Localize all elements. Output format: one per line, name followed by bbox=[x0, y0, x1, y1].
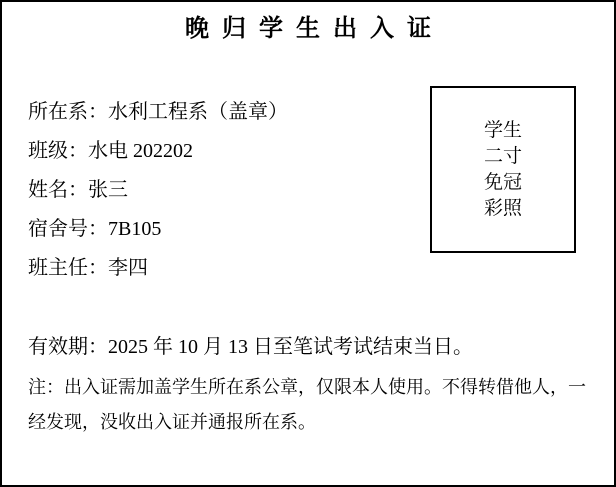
field-name-label: 姓名： bbox=[28, 179, 88, 201]
field-head-teacher-value: 李四 bbox=[108, 257, 148, 279]
field-dorm-number-value: 7B105 bbox=[108, 218, 161, 240]
photo-placeholder-line: 二寸 bbox=[484, 144, 522, 170]
validity-line: 有效期：2025 年 10 月 13 日至笔试考试结束当日。 bbox=[28, 336, 473, 358]
note-block: 注：出入证需加盖学生所在系公章，仅限本人使用。不得转借他人，一 经发现，没收出入… bbox=[28, 370, 586, 440]
field-dorm-number: 宿舍号：7B105 bbox=[28, 210, 288, 249]
field-name: 姓名：张三 bbox=[28, 171, 288, 210]
note-line-2: 经发现，没收出入证并通报所在系。 bbox=[28, 405, 586, 440]
field-class-value: 水电 202202 bbox=[88, 140, 193, 162]
photo-placeholder-line: 学生 bbox=[484, 118, 522, 144]
field-head-teacher: 班主任：李四 bbox=[28, 249, 288, 288]
field-head-teacher-label: 班主任： bbox=[28, 257, 108, 279]
photo-placeholder-line: 免冠 bbox=[484, 170, 522, 196]
note-line-1: 注：出入证需加盖学生所在系公章，仅限本人使用。不得转借他人，一 bbox=[28, 370, 586, 405]
field-dorm-number-label: 宿舍号： bbox=[28, 218, 108, 240]
pass-fields: 所在系：水利工程系（盖章） 班级：水电 202202 姓名：张三 宿舍号：7B1… bbox=[28, 93, 288, 288]
pass-title: 晚归学生出入证 bbox=[2, 16, 614, 42]
photo-placeholder-line: 彩照 bbox=[484, 196, 522, 222]
field-department-value: 水利工程系（盖章） bbox=[108, 101, 288, 123]
photo-placeholder-box: 学生 二寸 免冠 彩照 bbox=[430, 86, 576, 253]
field-department-label: 所在系： bbox=[28, 101, 108, 123]
field-department: 所在系：水利工程系（盖章） bbox=[28, 93, 288, 132]
field-class: 班级：水电 202202 bbox=[28, 132, 288, 171]
field-name-value: 张三 bbox=[88, 179, 128, 201]
field-class-label: 班级： bbox=[28, 140, 88, 162]
entry-exit-pass-card: 晚归学生出入证 所在系：水利工程系（盖章） 班级：水电 202202 姓名：张三… bbox=[0, 0, 616, 487]
